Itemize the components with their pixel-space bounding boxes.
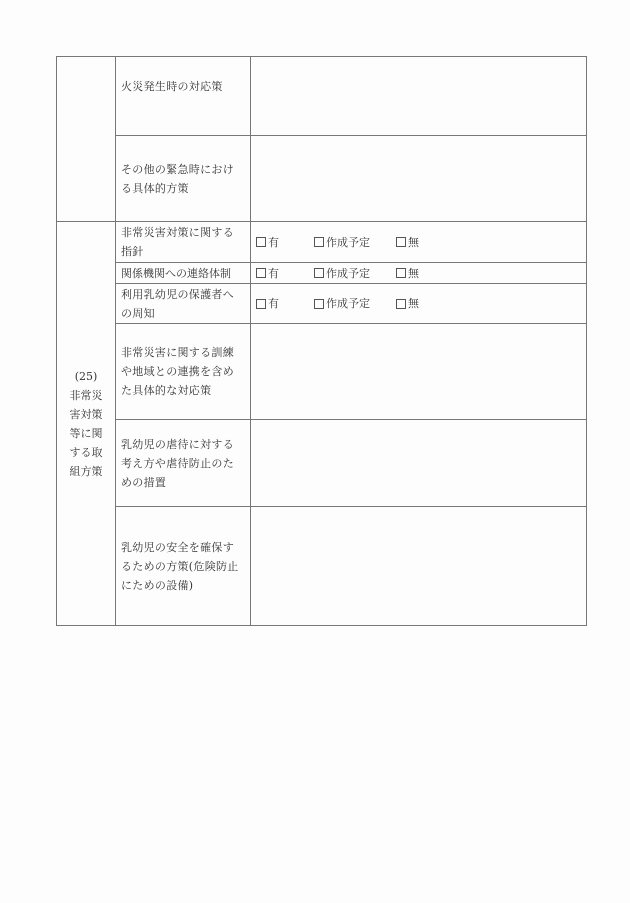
checkbox-icon[interactable]: [256, 237, 266, 247]
table-row: 火災発生時の対応策: [57, 57, 587, 136]
option-yes[interactable]: 有: [256, 233, 314, 252]
row-label: 非常災害対策に関する指針: [116, 222, 251, 263]
checkbox-icon[interactable]: [396, 299, 406, 309]
row-label: 火災発生時の対応策: [116, 57, 251, 136]
row-label: 非常災害に関する訓練や地域との連携を含めた具体的な対応策: [116, 324, 251, 420]
checkbox-icon[interactable]: [396, 268, 406, 278]
abuse-prevention-field[interactable]: [251, 420, 587, 507]
table-row: 利用乳幼児の保護者への周知 有 作成予定 無: [57, 284, 587, 324]
option-planned[interactable]: 作成予定: [314, 294, 396, 313]
safety-measures-field[interactable]: [251, 507, 587, 626]
checkbox-icon[interactable]: [314, 299, 324, 309]
disaster-measures-table: 火災発生時の対応策 その他の緊急時における具体的方策 (25) 非常災 害対策 …: [56, 56, 587, 626]
checkbox-icon[interactable]: [314, 237, 324, 247]
checkbox-icon[interactable]: [396, 237, 406, 247]
training-response-field[interactable]: [251, 324, 587, 420]
fire-response-field[interactable]: [251, 57, 587, 136]
section-number: (25): [62, 367, 110, 386]
row-label: その他の緊急時における具体的方策: [116, 136, 251, 222]
table-row: 乳幼児の虐待に対する考え方や虐待防止のための措置: [57, 420, 587, 507]
table-row: その他の緊急時における具体的方策: [57, 136, 587, 222]
table-row: 乳幼児の安全を確保するための方策(危険防止にための設備): [57, 507, 587, 626]
section-cell-empty: [57, 57, 116, 222]
option-no[interactable]: 無: [396, 233, 419, 252]
option-no[interactable]: 無: [396, 294, 419, 313]
checkbox-icon[interactable]: [256, 299, 266, 309]
option-planned[interactable]: 作成予定: [314, 233, 396, 252]
option-yes[interactable]: 有: [256, 294, 314, 313]
checkbox-icon[interactable]: [314, 268, 324, 278]
options-cell: 有 作成予定 無: [251, 222, 587, 263]
options-cell: 有 作成予定 無: [251, 284, 587, 324]
table-row: 非常災害に関する訓練や地域との連携を含めた具体的な対応策: [57, 324, 587, 420]
row-label: 利用乳幼児の保護者への周知: [116, 284, 251, 324]
section-label: (25) 非常災 害対策 等に関 する取 組方策: [57, 222, 116, 626]
option-yes[interactable]: 有: [256, 264, 314, 283]
row-label: 乳幼児の虐待に対する考え方や虐待防止のための措置: [116, 420, 251, 507]
table-row: 関係機関への連絡体制 有 作成予定 無: [57, 263, 587, 284]
option-planned[interactable]: 作成予定: [314, 264, 396, 283]
other-emergency-field[interactable]: [251, 136, 587, 222]
checkbox-icon[interactable]: [256, 268, 266, 278]
table-row: (25) 非常災 害対策 等に関 する取 組方策 非常災害対策に関する指針 有 …: [57, 222, 587, 263]
row-label: 関係機関への連絡体制: [116, 263, 251, 284]
row-label: 乳幼児の安全を確保するための方策(危険防止にための設備): [116, 507, 251, 626]
option-no[interactable]: 無: [396, 264, 419, 283]
options-cell: 有 作成予定 無: [251, 263, 587, 284]
